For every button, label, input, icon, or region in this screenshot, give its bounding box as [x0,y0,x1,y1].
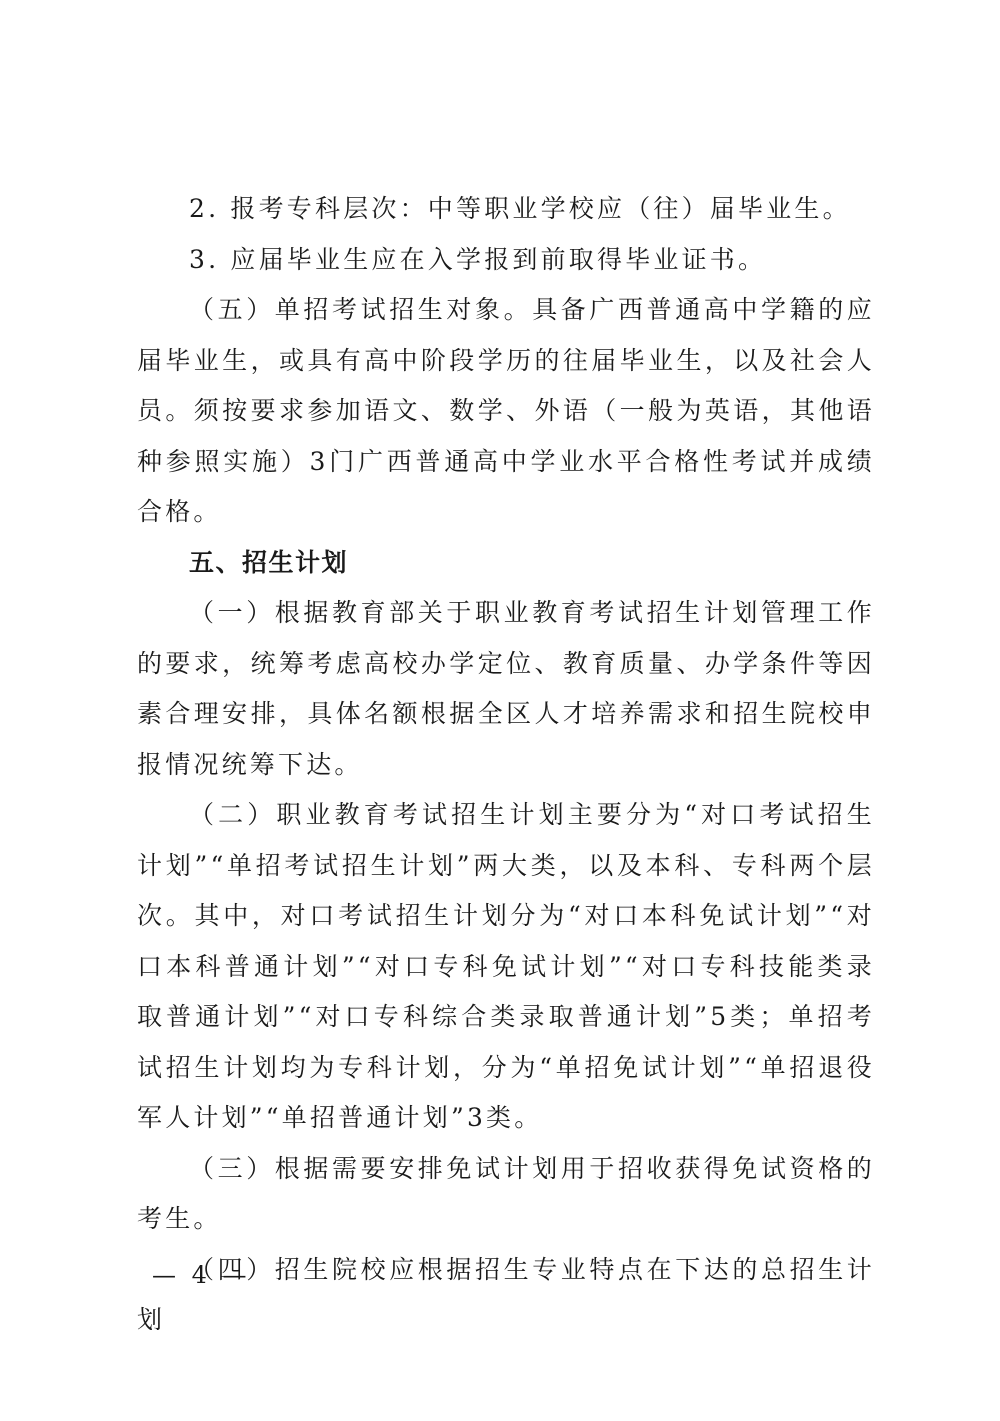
paragraph-plan-2: （二）职业教育考试招生计划主要分为“对口考试招生计划”“单招考试招生计划”两大类… [137,790,875,1144]
page-number: — 4 — [152,1261,251,1289]
paragraph-plan-4: （四）招生院校应根据招生专业特点在下达的总招生计划 [137,1245,875,1346]
document-page: 2. 报考专科层次：中等职业学校应（往）届毕业生。 3. 应届毕业生应在入学报到… [0,0,1000,1421]
section-heading-enrollment-plan: 五、招生计划 [137,538,875,589]
paragraph-plan-3: （三）根据需要安排免试计划用于招收获得免试资格的考生。 [137,1144,875,1245]
list-item-3: 3. 应届毕业生应在入学报到前取得毕业证书。 [137,235,875,286]
list-item-2: 2. 报考专科层次：中等职业学校应（往）届毕业生。 [137,184,875,235]
document-body: 2. 报考专科层次：中等职业学校应（往）届毕业生。 3. 应届毕业生应在入学报到… [137,184,875,1346]
paragraph-plan-1: （一）根据教育部关于职业教育考试招生计划管理工作的要求，统筹考虑高校办学定位、教… [137,588,875,790]
paragraph-single-exam-targets: （五）单招考试招生对象。具备广西普通高中学籍的应届毕业生，或具有高中阶段学历的往… [137,285,875,538]
